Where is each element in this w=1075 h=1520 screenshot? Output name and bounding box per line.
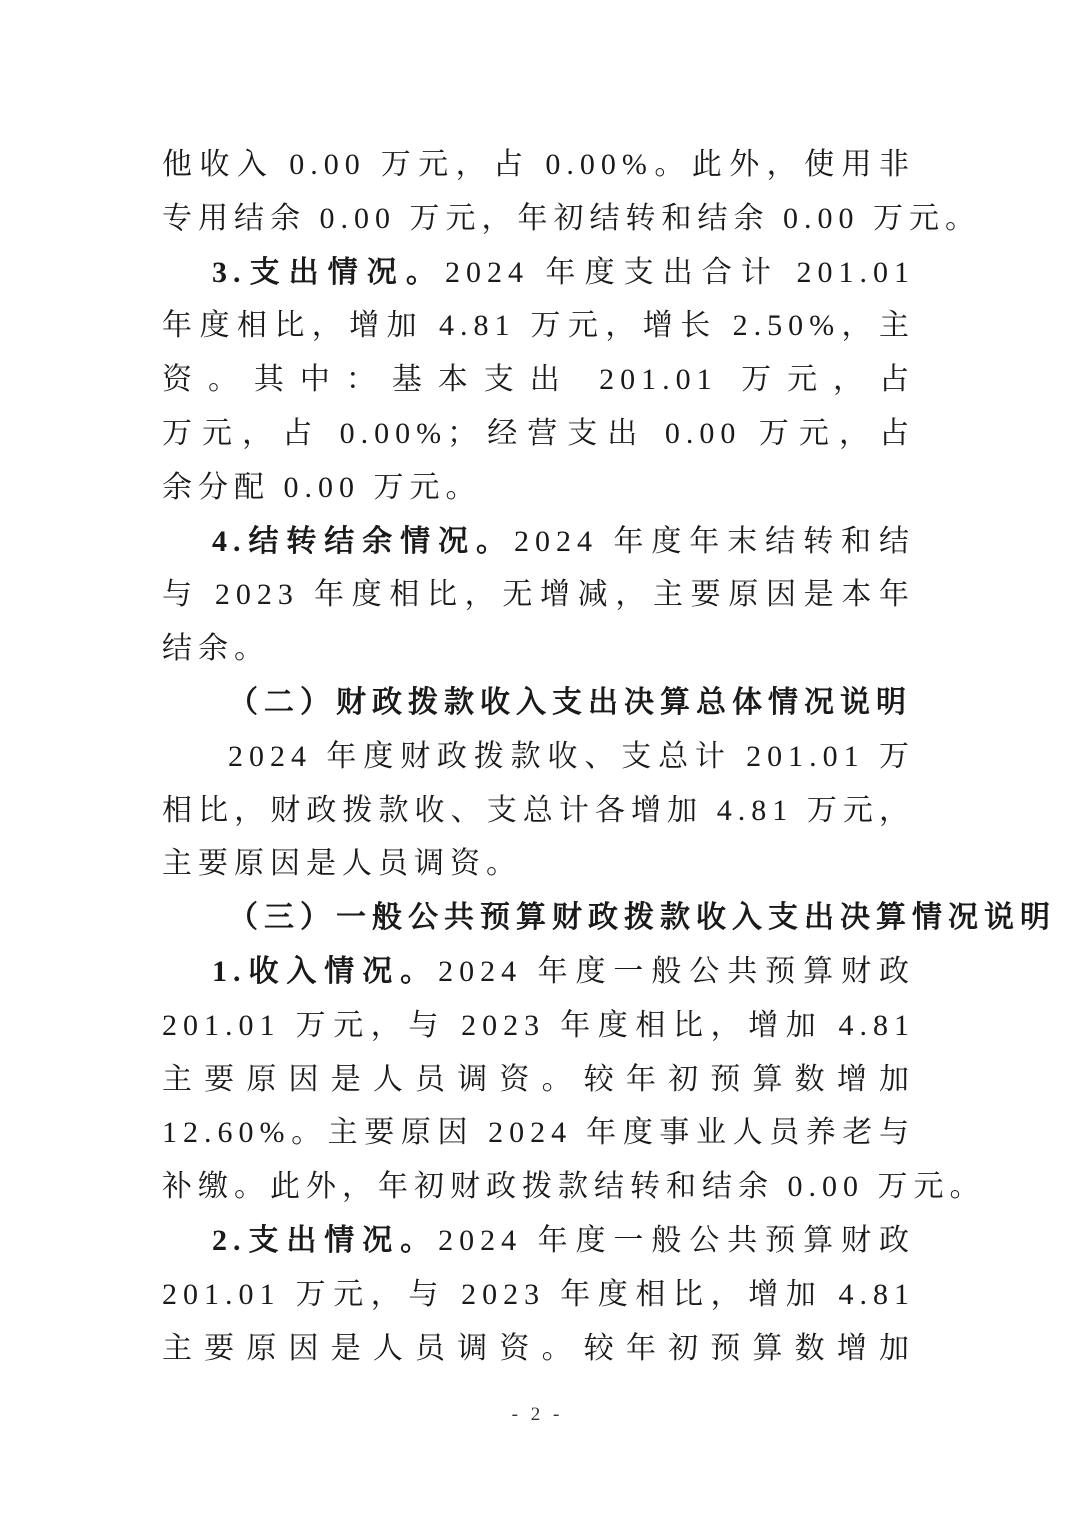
text-run: 201.01 万元，与 2023 年度相比，增加 4.81 万元，增长 2.50…: [162, 1009, 915, 1053]
text-line: 结余。: [162, 622, 915, 676]
heading-run: 2.支出情况。: [212, 1224, 438, 1257]
page-number: - 2 -: [0, 1404, 1075, 1426]
text-line: 万元，占 0.00%；经营支出 0.00 万元，占 0.00%。此外，结: [162, 407, 915, 461]
text-run: 201.01 万元，与 2023 年度相比，增加 4.81 万元，增长 2.50…: [162, 1278, 915, 1322]
heading-run: 3.支出情况。: [212, 256, 445, 289]
text-run: 主要原因是人员调资。较年初预算数增加 22.48 万元，增长: [162, 1063, 915, 1107]
text-line: 12.60%。主要原因 2024 年度事业人员养老与职业年金调标: [162, 1106, 915, 1160]
text-run: 2024 年度财政拨款收、支总计 201.01 万元。与 2023 年: [228, 740, 915, 784]
text-line: 主要原因是人员调资。: [162, 837, 915, 891]
text-run: 主要原因是人员调资。: [162, 847, 522, 880]
text-line: 相比，财政拨款收、支总计各增加 4.81 万元，增长 2.50%。: [162, 784, 915, 838]
text-line: 年度相比，增加 4.81 万元，增长 2.50%，主要原因是人员调: [162, 299, 915, 353]
text-run: 专用结余 0.00 万元，年初结转和结余 0.00 万元。: [162, 202, 981, 235]
text-line: 余分配 0.00 万元。: [162, 461, 915, 515]
text-run: 12.60%。主要原因 2024 年度事业人员养老与职业年金调标: [162, 1116, 915, 1160]
text-line: 1.收入情况。2024 年度一般公共预算财政拨款收入: [162, 945, 915, 999]
text-run: 年度相比，增加 4.81 万元，增长 2.50%，主要原因是人员调: [162, 309, 915, 353]
text-line: 3.支出情况。2024 年度支出合计 201.01 万元，与 2023: [162, 246, 915, 300]
text-run: 余分配 0.00 万元。: [162, 471, 482, 504]
section-heading-line: （三）一般公共预算财政拨款收入支出决算情况说明: [162, 891, 915, 945]
text-line: 补缴。此外，年初财政拨款结转和结余 0.00 万元。: [162, 1160, 915, 1214]
text-run: 资。其中：基本支出 201.01 万元，占 100.00%；项目支出 0.00: [162, 363, 915, 407]
text-line: 201.01 万元，与 2023 年度相比，增加 4.81 万元，增长 2.50…: [162, 1268, 915, 1322]
text-run: 与 2023 年度相比，无增减，主要原因是本年度未产生结转: [162, 578, 915, 622]
heading-run: 4.结转结余情况。: [212, 525, 514, 558]
text-line: 他收入 0.00 万元，占 0.00%。此外，使用非财政拨款结余和: [162, 138, 915, 192]
text-line: 资。其中：基本支出 201.01 万元，占 100.00%；项目支出 0.00: [162, 353, 915, 407]
text-line: 4.结转结余情况。2024 年度年末结转和结余 0.00 万元，: [162, 515, 915, 569]
heading-run: （三）一般公共预算财政拨款收入支出决算情况说明: [228, 901, 1056, 934]
text-run: 补缴。此外，年初财政拨款结转和结余 0.00 万元。: [162, 1170, 986, 1203]
text-line: 主要原因是人员调资。较年初预算数增加 22.48 万元，增长: [162, 1322, 915, 1376]
text-line: 专用结余 0.00 万元，年初结转和结余 0.00 万元。: [162, 192, 915, 246]
text-run: 他收入 0.00 万元，占 0.00%。此外，使用非财政拨款结余和: [162, 148, 915, 192]
text-line: 主要原因是人员调资。较年初预算数增加 22.48 万元，增长: [162, 1053, 915, 1107]
text-run: 主要原因是人员调资。较年初预算数增加 22.48 万元，增长: [162, 1332, 915, 1376]
text-line: 2024 年度财政拨款收、支总计 201.01 万元。与 2023 年: [162, 730, 915, 784]
heading-run: （二）财政拨款收入支出决算总体情况说明: [228, 686, 912, 719]
text-run: 万元，占 0.00%；经营支出 0.00 万元，占 0.00%。此外，结: [162, 417, 915, 461]
text-run: 相比，财政拨款收、支总计各增加 4.81 万元，增长 2.50%。: [162, 794, 915, 838]
text-run: 结余。: [162, 632, 270, 665]
heading-run: 1.收入情况。: [212, 955, 438, 988]
section-heading-line: （二）财政拨款收入支出决算总体情况说明: [162, 676, 915, 730]
document-body: 他收入 0.00 万元，占 0.00%。此外，使用非财政拨款结余和专用结余 0.…: [162, 138, 915, 1375]
document-page: 他收入 0.00 万元，占 0.00%。此外，使用非财政拨款结余和专用结余 0.…: [0, 0, 1075, 1520]
text-line: 与 2023 年度相比，无增减，主要原因是本年度未产生结转: [162, 568, 915, 622]
text-line: 2.支出情况。2024 年度一般公共预算财政拨款支出: [162, 1214, 915, 1268]
text-line: 201.01 万元，与 2023 年度相比，增加 4.81 万元，增长 2.50…: [162, 999, 915, 1053]
